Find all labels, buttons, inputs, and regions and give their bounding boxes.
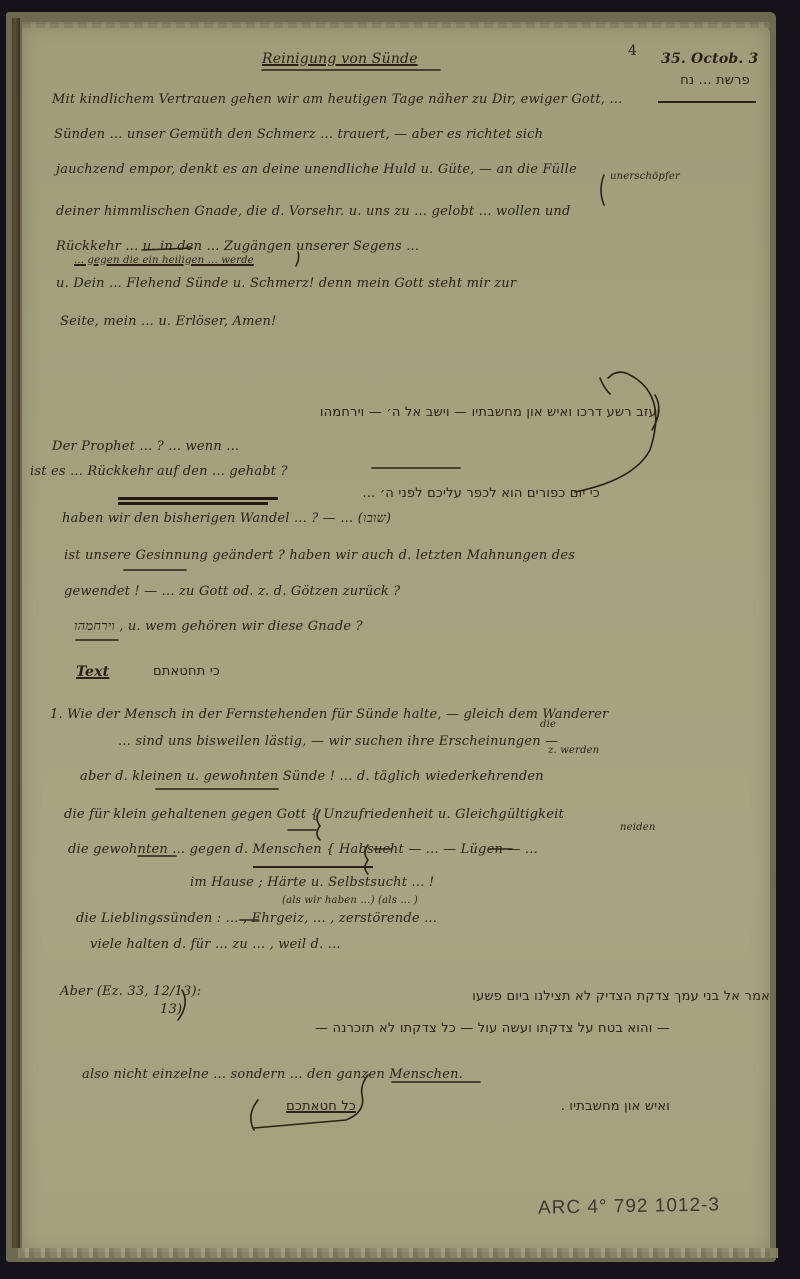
prayer-line-7: Seite, mein ... u. Erlöser, Amen! (60, 315, 277, 328)
text-heading-hebrew: כי תחטאתם (120, 665, 220, 678)
prayer-line-2: Sünden ... unser Gemüth den Schmerz ... … (54, 128, 543, 141)
header-rule (658, 101, 756, 103)
interlinear-addition: ... gegen die ein heiligen ... werde (74, 256, 254, 266)
point-7: die Lieblingssünden : ... , Ehrgeiz, ...… (76, 912, 437, 925)
prayer-line-3: jauchzend empor, denkt es an deine unend… (56, 163, 577, 176)
middle-line-2: ist es ... Rückkehr auf den ... gehabt ? (30, 465, 288, 478)
date-hebrew: פרשת ... נח (690, 74, 750, 87)
middle-hebrew: כי יום כפורים הוא לכפר עליכם לפני ה׳ ... (300, 487, 600, 500)
ezekiel-hebrew-1: אמר אל בני עמך צדקת הצדיק לא תצילנו ביום… (170, 990, 770, 1003)
point-8: viele halten d. für ... zu ... , weil d.… (90, 938, 341, 951)
middle-line-1: Der Prophet ... ? ... wenn ... (52, 440, 239, 453)
middle-line-6: וירחמהו , u. wem gehören wir diese Gnade… (74, 620, 363, 633)
point-6-subnote: (als wir haben ...) (als ... ) (282, 896, 418, 906)
point-2: ... sind uns bisweilen lästig, — wir suc… (118, 735, 558, 748)
crossed-out-hebrew (118, 497, 278, 500)
sermon-title: Reinigung von Sünde (262, 52, 418, 66)
boxed-hebrew: כל חטאתכם (256, 1100, 356, 1113)
closing-hebrew-tail: ואיש און מחשבתיו . (400, 1100, 670, 1113)
middle-line-5: gewendet ! — ... zu Gott od. z. d. Götze… (64, 585, 400, 598)
middle-line-4: ist unsere Gesinnung geändert ? haben wi… (64, 549, 575, 562)
date-line: 35. Octob. 3 (661, 52, 758, 66)
document-viewer: Reinigung von Sünde 4 35. Octob. 3 פרשת … (0, 0, 800, 1279)
archive-shelfmark: ARC 4° 792 1012-3 (538, 1194, 720, 1219)
crossed-out-hebrew-2 (118, 502, 268, 505)
interlinear-werden: z. werden (548, 746, 599, 756)
interlinear-neiden: neiden (620, 823, 656, 833)
underline-gegen-menschen (253, 866, 373, 868)
prayer-line-4: deiner himmlischen Gnade, die d. Vorsehr… (56, 205, 571, 218)
prayer-line-1: Mit kindlichem Vertrauen gehen wir am he… (52, 93, 622, 106)
point-5: die gewohnten ... gegen d. Menschen { Ha… (68, 843, 538, 856)
prayer-line-5: Rückkehr ... u. in den ... Zugängen unse… (56, 240, 419, 253)
prayer-line-6: u. Dein ... Flehend Sünde u. Schmerz! de… (56, 277, 516, 290)
page-bottom-edge (18, 1248, 778, 1258)
point-1: 1. Wie der Mensch in der Fernstehenden f… (50, 708, 608, 721)
closing-line: also nicht einzelne ... sondern ... den … (82, 1068, 463, 1081)
point-4: die für klein gehaltenen gegen Gott { Un… (64, 808, 564, 821)
point-6: im Hause ; Härte u. Selbstsucht ... ! (190, 876, 434, 889)
margin-addition: unerschöpfer (610, 172, 680, 182)
scripture-isaiah: יעזב רשע דרכו ואיש און מחשבתיו — וישב אל… (180, 406, 660, 419)
page-top-edge (22, 22, 770, 28)
ezekiel-ref-sub: 13) (160, 1003, 182, 1016)
middle-line-3: haben wir den bisherigen Wandel ... ? — … (62, 512, 391, 525)
interlinear-die: die (540, 720, 556, 730)
page-number: 4 (628, 44, 637, 58)
ezekiel-hebrew-2: — והוא בטח על צדקתו ועשה עול — כל צדקתו … (140, 1022, 670, 1035)
text-label: Text (76, 665, 109, 679)
point-3: aber d. kleinen u. gewohnten Sünde ! ...… (80, 770, 544, 783)
binding-edge (12, 18, 20, 1248)
